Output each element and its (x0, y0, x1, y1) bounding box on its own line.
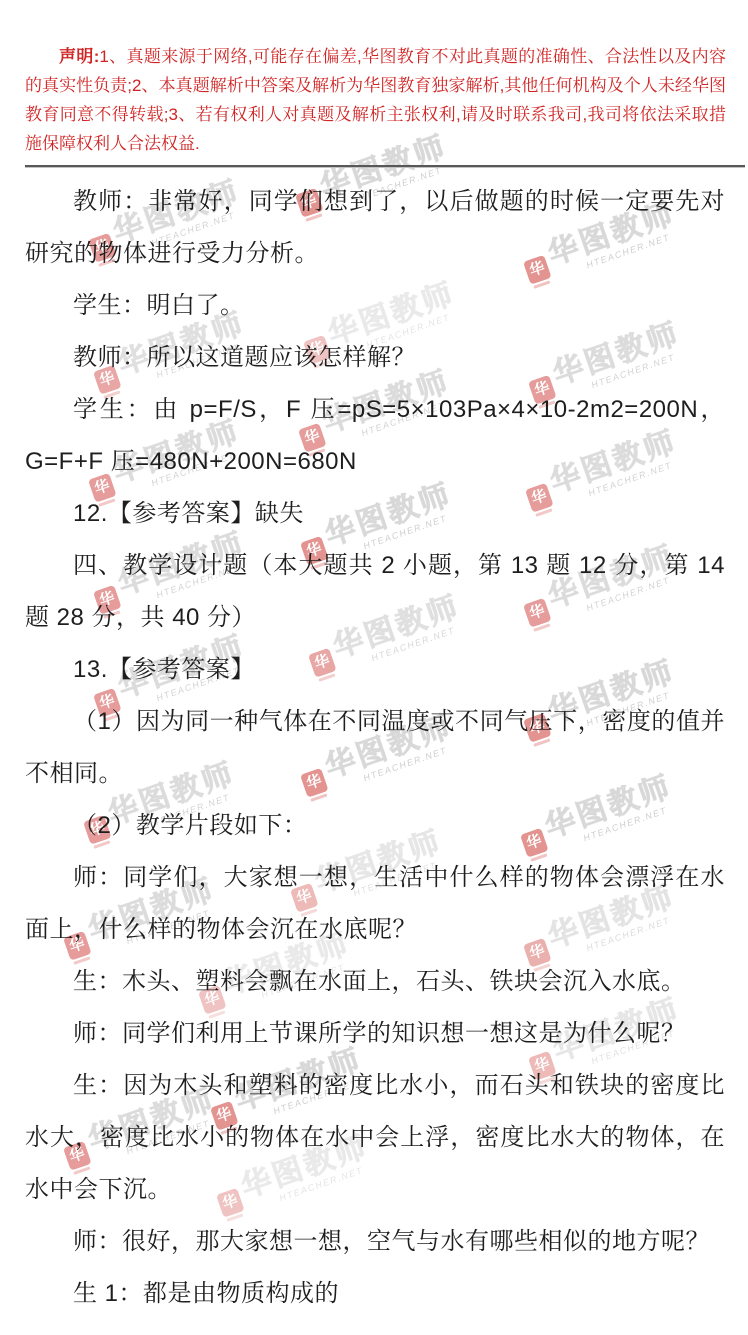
paragraph: （1）因为同一种气体在不同温度或不同气压下，密度的值并不相同。 (25, 696, 725, 800)
paragraph: 师：很好，那大家想一想，空气与水有哪些相似的地方呢？ (25, 1216, 725, 1268)
paragraph: 学生：由 p=F/S，F 压=pS=5×103Pa×4×10-2m2=200N，… (25, 384, 725, 488)
paragraph: 师：同学们，大家想一想，生活中什么样的物体会漂浮在水面上，什么样的物体会沉在水底… (25, 852, 725, 956)
paragraph: 生：因为木头和塑料的密度比水小，而石头和铁块的密度比水大，密度比水小的物体在水中… (25, 1060, 725, 1216)
document-body: 教师：非常好，同学们想到了，以后做题的时候一定要先对研究的物体进行受力分析。学生… (25, 176, 725, 1320)
paragraph: 学生：明白了。 (25, 280, 725, 332)
disclaimer: 声明:1、真题来源于网络,可能存在偏差,华图教育不对此真题的准确性、合法性以及内… (0, 0, 748, 158)
separator-line (25, 165, 745, 168)
paragraph: （2）教学片段如下： (25, 800, 725, 852)
paragraph: 生：木头、塑料会飘在水面上，石头、铁块会沉入水底。 (25, 956, 725, 1008)
paragraph: 师：同学们利用上节课所学的知识想一想这是为什么呢？ (25, 1008, 725, 1060)
paragraph: 教师：非常好，同学们想到了，以后做题的时候一定要先对研究的物体进行受力分析。 (25, 176, 725, 280)
paragraph: 生 1：都是由物质构成的 (25, 1268, 725, 1320)
disclaimer-label: 声明: (59, 47, 99, 66)
disclaimer-text: 1、真题来源于网络,可能存在偏差,华图教育不对此真题的准确性、合法性以及内容的真… (25, 47, 726, 153)
paragraph: 12.【参考答案】缺失 (25, 488, 725, 540)
document-page: 华华图教师HTEACHER.NET华华图教师HTEACHER.NET华华图教师H… (0, 0, 748, 1335)
paragraph: 四、教学设计题（本大题共 2 小题，第 13 题 12 分，第 14 题 28 … (25, 540, 725, 644)
paragraph: 教师：所以这道题应该怎样解？ (25, 332, 725, 384)
paragraph: 13.【参考答案】 (25, 644, 725, 696)
document-content: 声明:1、真题来源于网络,可能存在偏差,华图教育不对此真题的准确性、合法性以及内… (0, 0, 748, 1320)
